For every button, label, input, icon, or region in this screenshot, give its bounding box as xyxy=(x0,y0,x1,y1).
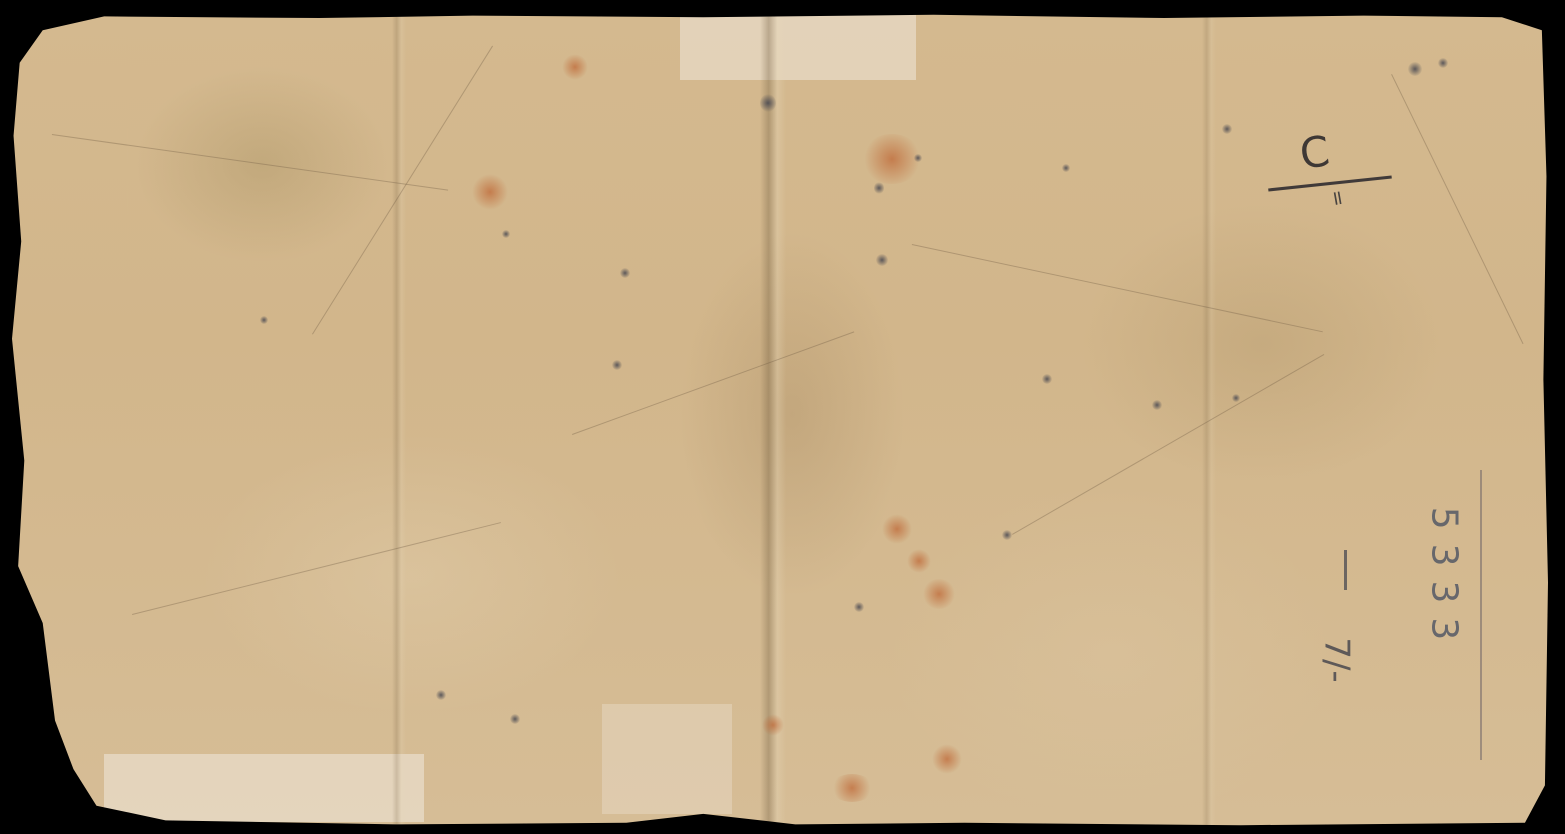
dark-speck xyxy=(876,254,888,266)
pencil-number-5333: 5333 xyxy=(1423,507,1464,655)
paper-crack xyxy=(1391,74,1523,344)
dark-speck xyxy=(1438,58,1448,68)
tape-remnant-bottom-center xyxy=(602,704,732,814)
foxing-spot xyxy=(762,714,784,736)
foxing-spot xyxy=(830,774,874,802)
dark-speck xyxy=(1232,394,1240,402)
tape-remnant-bottom-left xyxy=(104,754,424,822)
pencil-dash-mark xyxy=(1344,550,1347,590)
paper-crack xyxy=(1012,354,1324,535)
foxing-spot xyxy=(562,54,588,80)
dark-speck xyxy=(914,154,922,162)
foxing-spot xyxy=(922,579,956,609)
paper-crack xyxy=(52,134,448,191)
dark-speck xyxy=(874,182,884,194)
dark-speck xyxy=(1152,400,1162,410)
foxing-spot xyxy=(472,174,508,210)
dark-speck xyxy=(436,690,446,700)
dark-speck xyxy=(510,714,520,724)
foxing-spot xyxy=(932,744,962,774)
dark-speck xyxy=(620,268,630,278)
dark-speck xyxy=(1002,530,1012,540)
paper-crack xyxy=(572,331,854,435)
dark-speck xyxy=(1062,164,1070,172)
dark-speck xyxy=(760,94,776,112)
scan-background: C = 5333 7/- xyxy=(0,0,1565,834)
paper-crack xyxy=(132,522,501,615)
dark-speck xyxy=(854,602,864,612)
foxing-spot xyxy=(907,549,931,573)
paper-crack xyxy=(912,244,1323,332)
pencil-vertical-rule xyxy=(1480,470,1482,760)
dark-speck xyxy=(260,316,268,324)
center-fold-crease xyxy=(760,14,786,826)
dark-speck xyxy=(502,230,510,238)
pencil-fraction-mark: 7/- xyxy=(1317,637,1357,682)
left-fold-crease xyxy=(392,14,406,826)
foxing-spot xyxy=(882,514,912,544)
dark-speck xyxy=(612,360,622,370)
dark-speck xyxy=(1222,124,1232,134)
tape-remnant-top xyxy=(680,14,916,80)
foxing-spot xyxy=(862,134,922,184)
dark-speck xyxy=(1042,374,1052,384)
dark-speck xyxy=(1408,62,1422,76)
